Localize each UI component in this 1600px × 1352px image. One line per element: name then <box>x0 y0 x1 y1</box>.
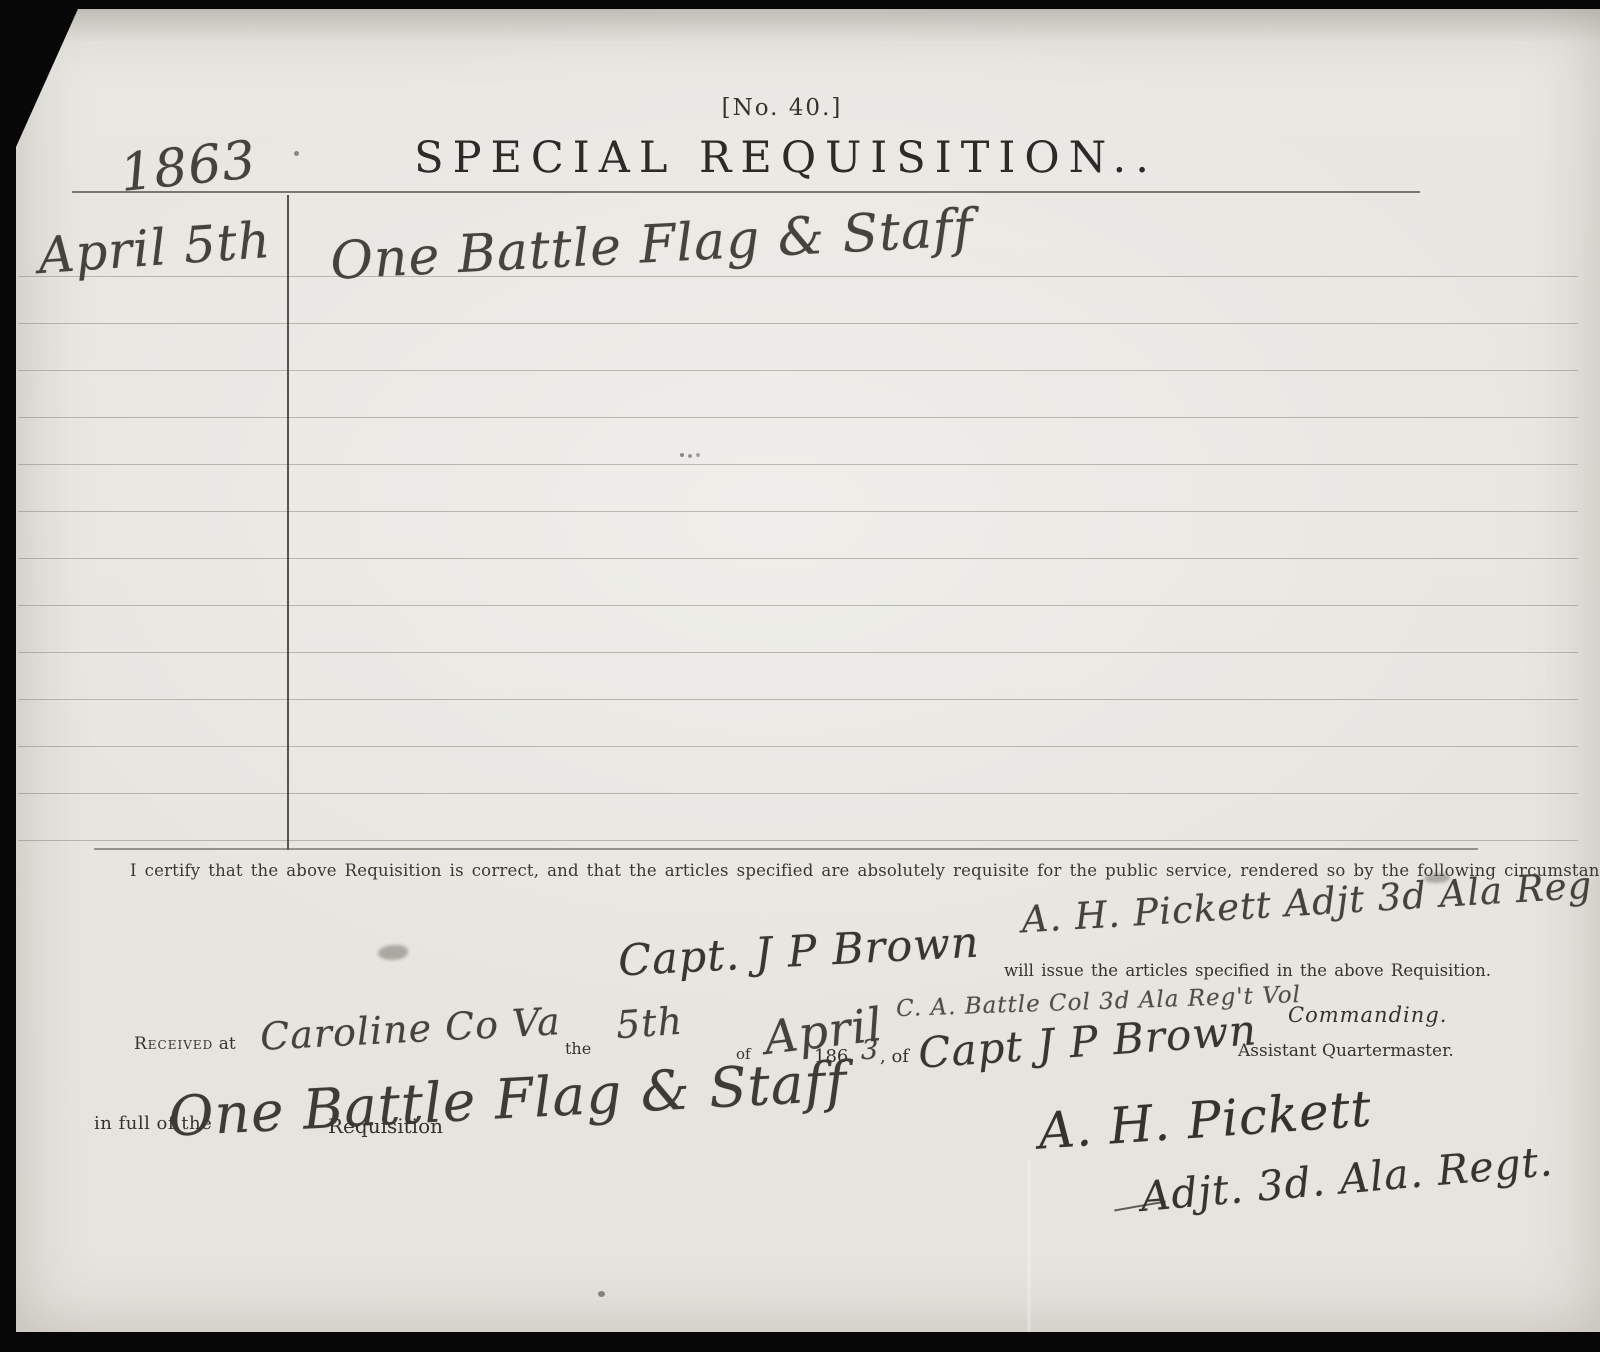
handwritten-year-digit: 3 <box>861 1035 879 1066</box>
receipt-signature-title: Adjt. 3d. Ala. Regt. <box>1139 1137 1555 1221</box>
received-word: Received <box>134 1034 213 1054</box>
ink-smudge <box>378 945 408 960</box>
header-rule-line <box>72 191 1420 193</box>
will-issue-text: will issue the articles specified in the… <box>1004 961 1491 980</box>
commanding-label: Commanding. <box>1288 1003 1447 1027</box>
paper-speck <box>598 1291 605 1297</box>
at-word: at <box>219 1034 236 1054</box>
handwritten-day: 5th <box>615 999 685 1048</box>
quartermaster-title: Assistant Quartermaster. <box>1238 1041 1454 1061</box>
document-scan: [No. 40.] SPECIAL REQUISITION.. 1863 Apr… <box>0 0 1600 1352</box>
comma-of-label: , of <box>880 1046 909 1067</box>
ink-speck <box>680 453 684 457</box>
table-column-divider-line <box>287 195 289 850</box>
receipt-signature: A. H. Pickett <box>1036 1079 1373 1160</box>
paper-speck <box>294 151 299 156</box>
the-label: the <box>565 1039 591 1058</box>
requisition-form-page: [No. 40.] SPECIAL REQUISITION.. 1863 Apr… <box>16 9 1600 1332</box>
handwritten-place: Caroline Co Va <box>259 999 562 1059</box>
form-number: [No. 40.] <box>672 95 892 121</box>
in-full-of-the-label: in full of the <box>94 1113 212 1134</box>
table-ruled-lines <box>18 230 1578 858</box>
received-at-label: Received at <box>134 1034 236 1054</box>
handwritten-articles-received: One Battle Flag & Staff <box>167 1049 849 1148</box>
table-bottom-rule <box>94 848 1478 850</box>
requisition-label: Requisition <box>328 1114 443 1138</box>
paper-crease <box>1028 1159 1030 1334</box>
issuing-officer-name-handwritten: Capt. J P Brown <box>617 918 981 987</box>
